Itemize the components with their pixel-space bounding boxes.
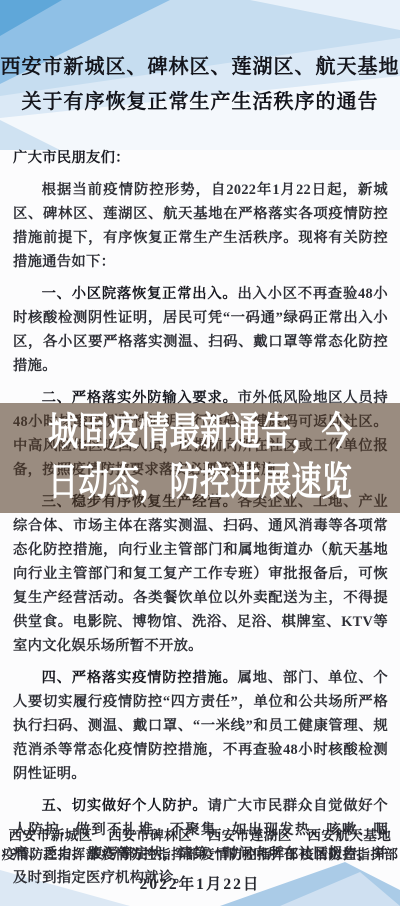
authority-beilinqu: 西安市碑林区 疫情防控指挥部	[101, 826, 199, 864]
section-4-lead: 四、严格落实疫情防控措施。	[42, 670, 238, 686]
section-1-lead: 一、小区院落恢复正常出入。	[42, 286, 238, 302]
notice-body: 广大市民朋友们： 根据当前疫情防控形势，自2022年1月22日起，新城区、碑林区…	[13, 146, 388, 898]
salutation: 广大市民朋友们：	[13, 146, 388, 170]
authority-title: 疫情防控指挥部	[201, 845, 299, 864]
authority-name: 西安市新城区	[2, 826, 100, 845]
intro-text: 根据当前疫情防控形势，自2022年1月22日起，新城区、碑林区、莲湖区、航天基地…	[13, 182, 388, 270]
authority-name: 西安市莲湖区	[201, 826, 299, 845]
headline-overlay-line1: 城固疫情最新通告，今	[48, 408, 352, 458]
notice-title-line1: 西安市新城区、碑林区、莲湖区、航天基地	[0, 50, 400, 85]
notice-title: 西安市新城区、碑林区、莲湖区、航天基地 关于有序恢复正常生产生活秩序的通告	[0, 50, 400, 120]
section-1: 一、小区院落恢复正常出入。出入小区不再查验48小时核酸检测阴性证明，居民可凭“一…	[13, 282, 388, 378]
authority-name: 西安市碑林区	[101, 826, 199, 845]
authority-name: 西安航天基地	[300, 826, 398, 845]
section-4: 四、严格落实疫情防控措施。属地、部门、单位、个人要切实履行疫情防控“四方责任”，…	[13, 666, 388, 786]
notice-title-line2: 关于有序恢复正常生产生活秩序的通告	[0, 85, 400, 120]
authority-xinchengqu: 西安市新城区 疫情防控指挥部	[2, 826, 100, 864]
section-4-body: 属地、部门、单位、个人要切实履行疫情防控“四方责任”，单位和公共场所严格执行扫码…	[13, 670, 388, 782]
notice-poster: 西安市新城区、碑林区、莲湖区、航天基地 关于有序恢复正常生产生活秩序的通告 广大…	[0, 0, 400, 906]
notice-date: 2022年1月22日	[0, 872, 400, 894]
authority-lianhuqu: 西安市莲湖区 疫情防控指挥部	[201, 826, 299, 864]
authority-title: 疫情防控指挥部	[101, 845, 199, 864]
intro-paragraph: 根据当前疫情防控形势，自2022年1月22日起，新城区、碑林区、莲湖区、航天基地…	[13, 178, 388, 274]
section-5-lead: 五、切实做好个人防护。	[42, 798, 208, 814]
section-3-body: 各类企业、工地、产业综合体、市场主体在落实测温、扫码、通风消毒等各项常态化防控措…	[13, 494, 388, 654]
authority-title: 疫情防控指挥部	[300, 845, 398, 864]
issuing-authorities: 西安市新城区 疫情防控指挥部 西安市碑林区 疫情防控指挥部 西安市莲湖区 疫情防…	[0, 826, 400, 864]
authority-hangtianjidi: 西安航天基地 疫情防控指挥部	[300, 826, 398, 864]
section-3: 三、稳步有序恢复生产经营。各类企业、工地、产业综合体、市场主体在落实测温、扫码、…	[13, 490, 388, 658]
headline-overlay-line2: 日动态，防控进展速览	[48, 458, 352, 508]
authority-title: 疫情防控指挥部	[2, 845, 100, 864]
headline-overlay-band: 城固疫情最新通告，今 日动态，防控进展速览	[0, 403, 400, 513]
